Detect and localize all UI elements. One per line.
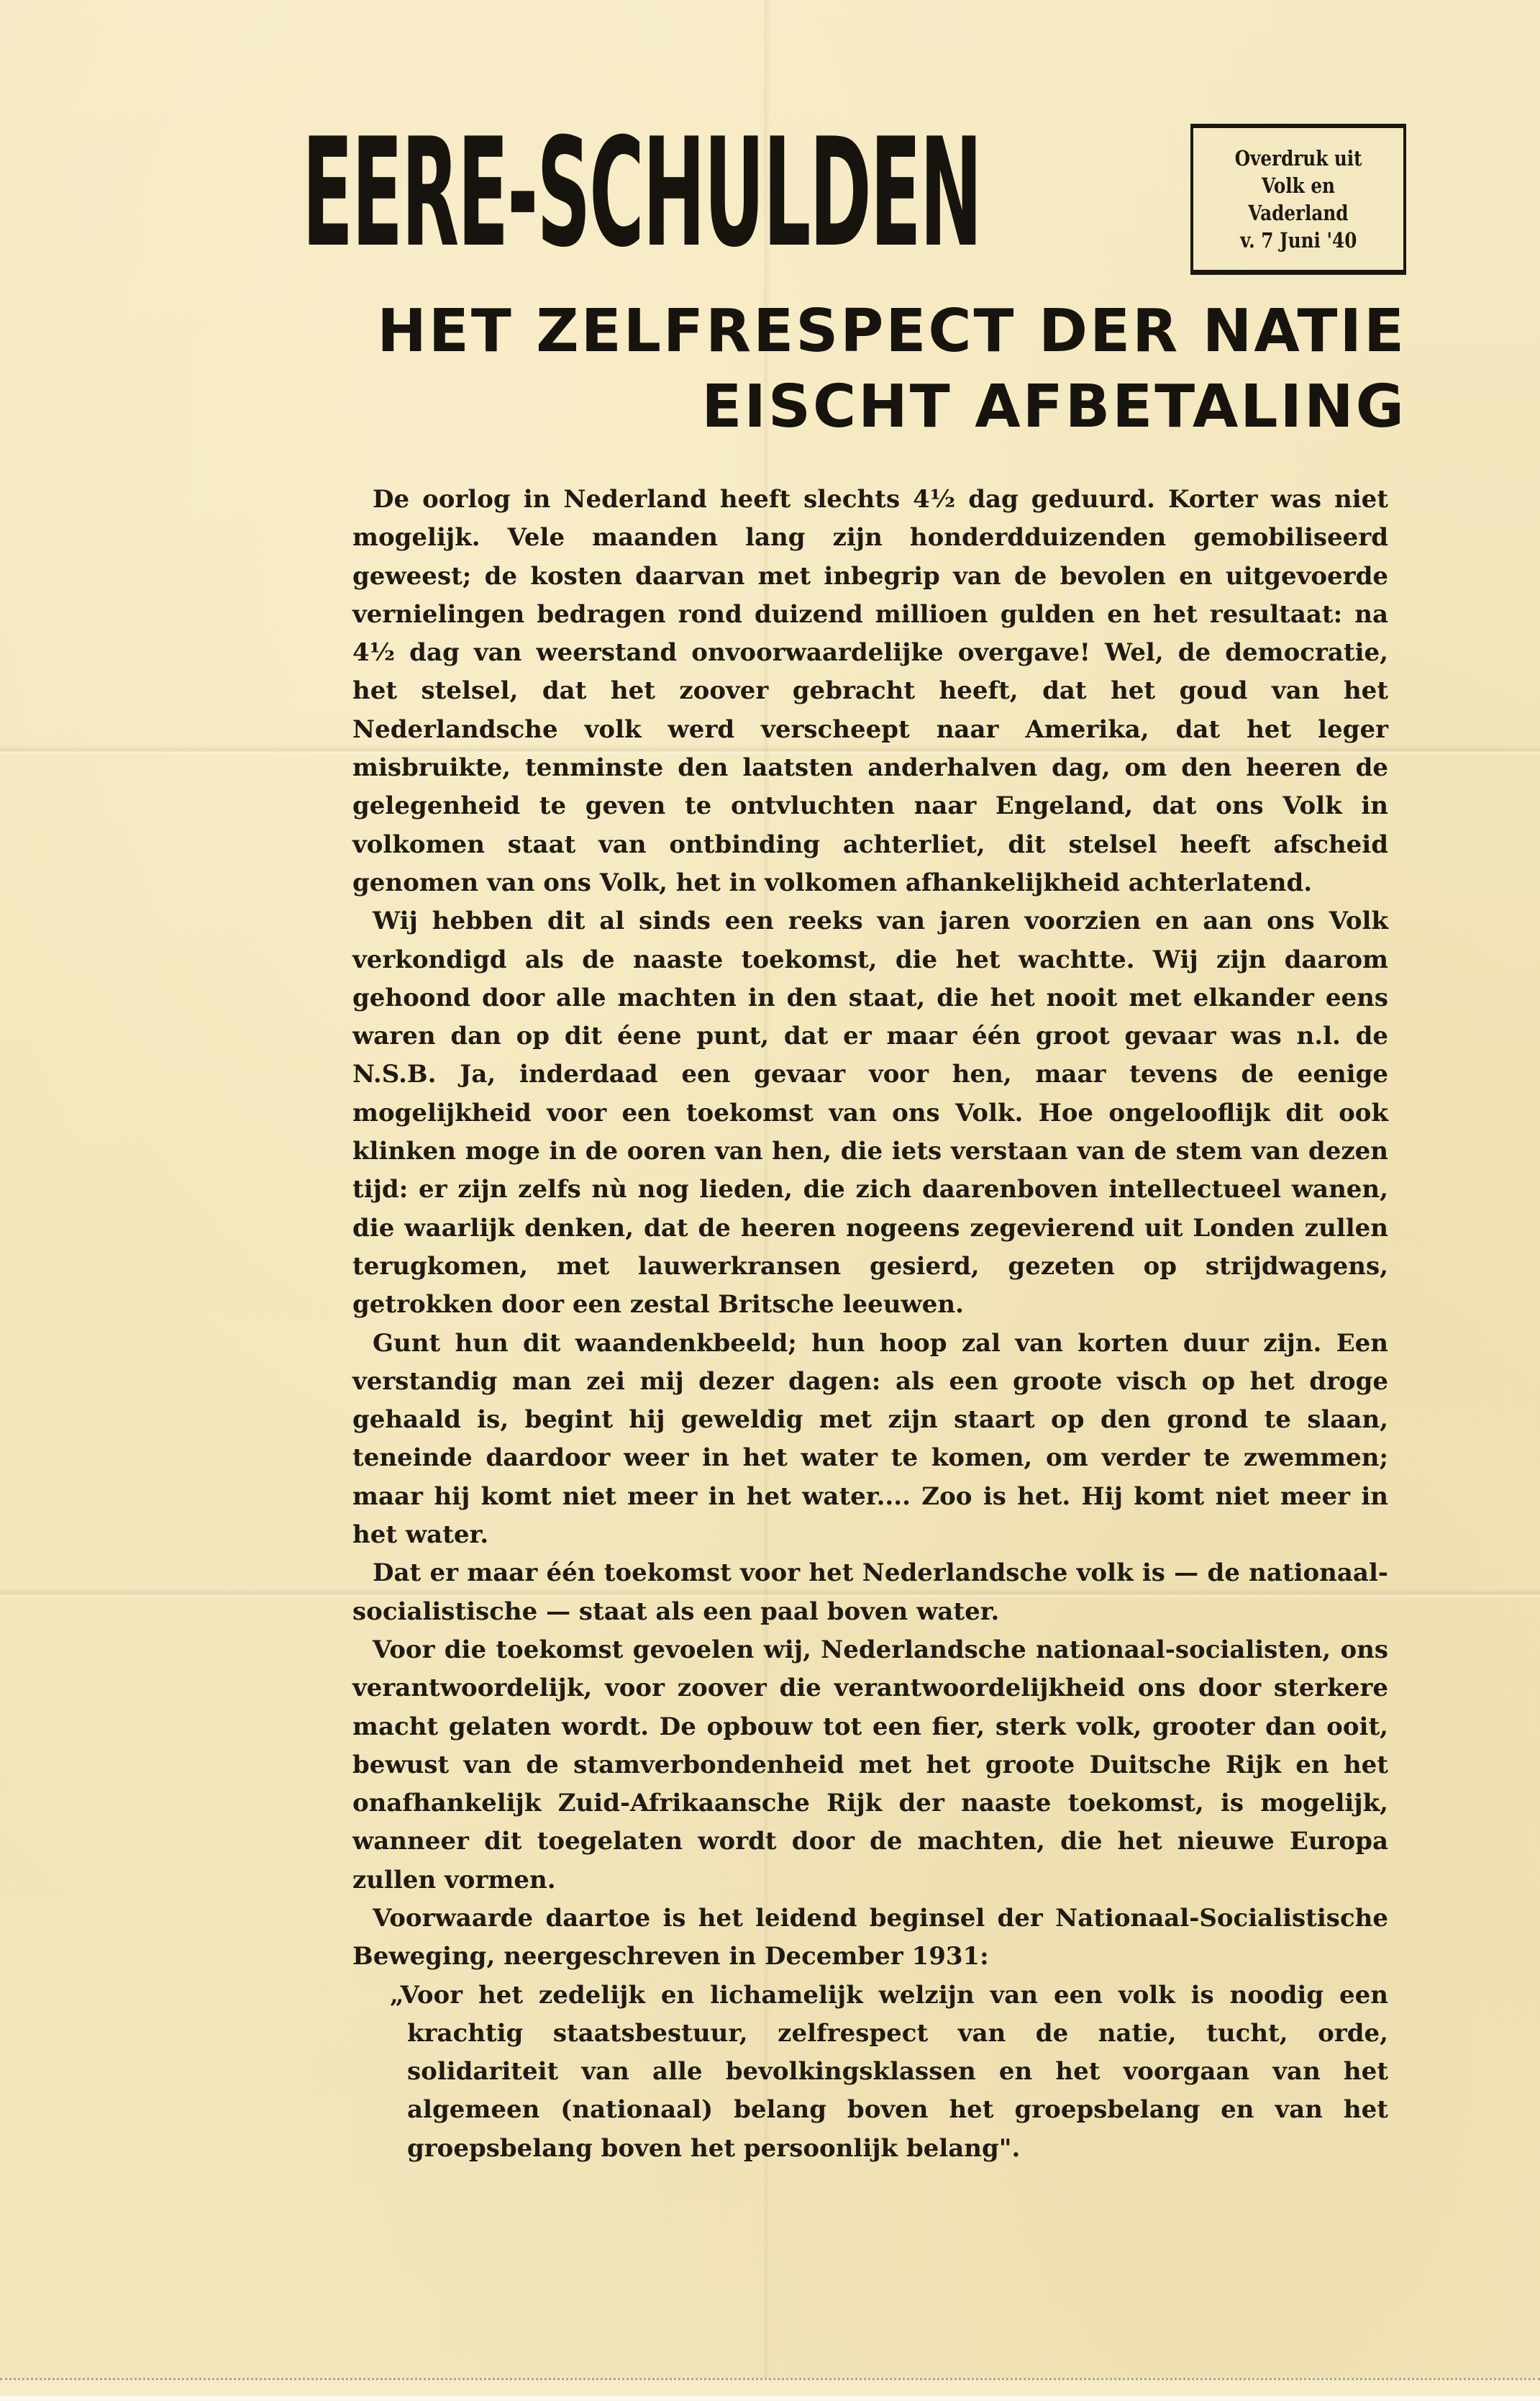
reprint-source-line: v. 7 Juni '40 <box>1240 227 1357 254</box>
reprint-source-line: Vaderland <box>1248 199 1348 227</box>
reprint-source-line: Volk en <box>1262 172 1335 199</box>
reprint-source-box: Overdruk uit Volk en Vaderland v. 7 Juni… <box>1190 124 1406 275</box>
article-paragraph: Voor die toekomst gevoelen wij, Nederlan… <box>352 1631 1388 1900</box>
article-paragraph: Voorwaarde daartoe is het leidend begins… <box>352 1900 1388 1976</box>
article-paragraph: Wij hebben dit al sinds een reeks van ja… <box>352 902 1388 1324</box>
scan-border <box>0 2396 1540 2401</box>
subheadline-line-1: HET ZELFRESPECT DER NATIE <box>377 302 1406 361</box>
article-body: De oorlog in Nederland heeft slechts 4½ … <box>352 481 1388 2168</box>
subheadline-line-2: EISCHT AFBETALING <box>701 378 1406 437</box>
principle-quote: „Voor het zedelijk en lichamelijk welzij… <box>390 1976 1388 2168</box>
reprint-source-line: Overdruk uit <box>1235 145 1362 172</box>
article-paragraph: Gunt hun dit waandenkbeeld; hun hoop zal… <box>352 1325 1388 1555</box>
article-paragraph: De oorlog in Nederland heeft slechts 4½ … <box>352 481 1388 902</box>
article-paragraph: Dat er maar één toekomst voor het Nederl… <box>352 1554 1388 1631</box>
headline-title: EERE-SCHULDEN <box>302 119 981 268</box>
